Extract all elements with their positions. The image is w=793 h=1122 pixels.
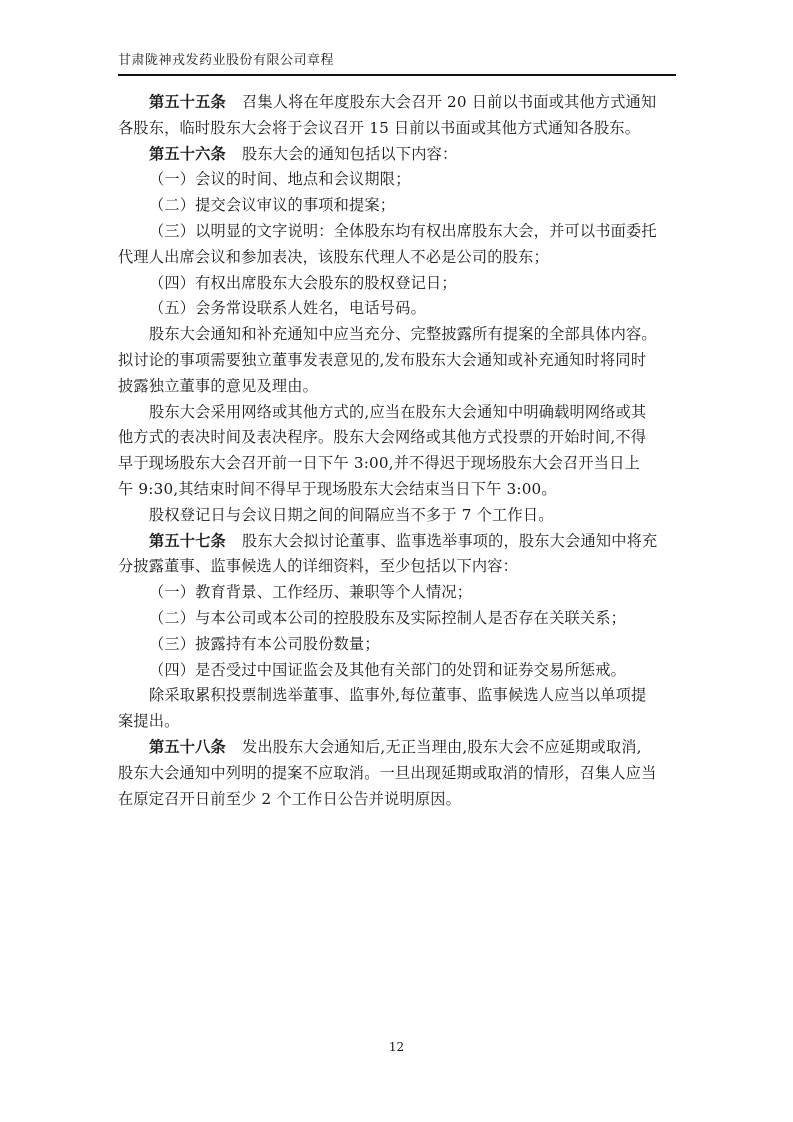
text-line: 代理人出席会议和参加表决，该股东代理人不必是公司的股东；: [118, 245, 676, 271]
text-line: （一）会议的时间、地点和会议期限；: [118, 167, 676, 193]
article-number: 第五十五条: [149, 93, 226, 111]
line-text: 股东大会的通知包括以下内容：: [242, 145, 457, 163]
text-line: 拟讨论的事项需要独立董事发表意见的,发布股东大会通知或补充通知时将同时: [118, 348, 676, 374]
line-text: 除采取累积投票制选举董事、监事外,每位董事、监事候选人应当以单项提: [149, 686, 646, 704]
line-text: （二）与本公司或本公司的控股股东及实际控制人是否存在关联关系；: [149, 609, 626, 627]
text-line: 在原定召开日前至少 2 个工作日公告并说明原因。: [118, 787, 676, 813]
line-text: （五）会务常设联系人姓名，电话号码。: [149, 299, 426, 317]
line-text: 股东大会拟讨论董事、监事选举事项的，股东大会通知中将充: [242, 532, 657, 550]
article-heading-line: 第五十七条股东大会拟讨论董事、监事选举事项的，股东大会通知中将充: [118, 529, 676, 555]
line-text: 在原定召开日前至少 2 个工作日公告并说明原因。: [118, 790, 461, 808]
line-text: （二）提交会议审议的事项和提案；: [149, 196, 395, 214]
line-text: 股东大会通知中列明的提案不应取消。一旦出现延期或取消的情形，召集人应当: [118, 764, 657, 782]
text-line: 各股东，临时股东大会将于会议召开 15 日前以书面或其他方式通知各股东。: [118, 116, 676, 142]
line-text: 他方式的表决时间及表决程序。股东大会网络或其他方式投票的开始时间,不得: [118, 428, 646, 446]
line-text: 股权登记日与会议日期之间的间隔应当不多于 7 个工作日。: [149, 506, 554, 524]
text-line: 早于现场股东大会召开前一日下午 3:00,并不得迟于现场股东大会召开当日上: [118, 451, 676, 477]
line-text: 召集人将在年度股东大会召开 20 日前以书面或其他方式通知: [242, 93, 656, 111]
line-text: 分披露董事、监事候选人的详细资料，至少包括以下内容：: [118, 557, 518, 575]
text-line: （四）有权出席股东大会股东的股权登记日；: [118, 271, 676, 297]
document-title: 甘肃陇神戎发药业股份有限公司章程: [118, 52, 676, 74]
text-line: 股权登记日与会议日期之间的间隔应当不多于 7 个工作日。: [118, 503, 676, 529]
line-text: 午 9:30,其结束时间不得早于现场股东大会结束当日下午 3:00。: [118, 480, 557, 498]
line-text: （三）以明显的文字说明：全体股东均有权出席股东大会，并可以书面委托: [149, 222, 657, 240]
text-line: （五）会务常设联系人姓名，电话号码。: [118, 296, 676, 322]
text-line: 他方式的表决时间及表决程序。股东大会网络或其他方式投票的开始时间,不得: [118, 425, 676, 451]
text-line: 股东大会采用网络或其他方式的,应当在股东大会通知中明确载明网络或其: [118, 400, 676, 426]
line-text: 股东大会通知和补充通知中应当充分、完整披露所有提案的全部具体内容。: [149, 325, 657, 343]
document-body: 第五十五条召集人将在年度股东大会召开 20 日前以书面或其他方式通知各股东，临时…: [118, 90, 676, 812]
article-heading-line: 第五十八条发出股东大会通知后,无正当理由,股东大会不应延期或取消,: [118, 735, 676, 761]
line-text: 拟讨论的事项需要独立董事发表意见的,发布股东大会通知或补充通知时将同时: [118, 351, 646, 369]
header-divider: [118, 74, 676, 76]
line-text: 案提出。: [118, 712, 180, 730]
line-text: （四）是否受过中国证监会及其他有关部门的处罚和证券交易所惩戒。: [149, 661, 626, 679]
text-line: 分披露董事、监事候选人的详细资料，至少包括以下内容：: [118, 554, 676, 580]
page-header: 甘肃陇神戎发药业股份有限公司章程: [118, 52, 676, 76]
line-text: （一）教育背景、工作经历、兼职等个人情况；: [149, 583, 472, 601]
text-line: 股东大会通知中列明的提案不应取消。一旦出现延期或取消的情形，召集人应当: [118, 761, 676, 787]
line-text: 股东大会采用网络或其他方式的,应当在股东大会通知中明确载明网络或其: [149, 403, 646, 421]
text-line: 午 9:30,其结束时间不得早于现场股东大会结束当日下午 3:00。: [118, 477, 676, 503]
line-text: 发出股东大会通知后,无正当理由,股东大会不应延期或取消,: [242, 738, 642, 756]
article-number: 第五十八条: [149, 738, 226, 756]
text-line: （三）以明显的文字说明：全体股东均有权出席股东大会，并可以书面委托: [118, 219, 676, 245]
line-text: （一）会议的时间、地点和会议期限；: [149, 170, 411, 188]
text-line: （二）提交会议审议的事项和提案；: [118, 193, 676, 219]
text-line: （三）披露持有本公司股份数量；: [118, 632, 676, 658]
article-heading-line: 第五十六条股东大会的通知包括以下内容：: [118, 142, 676, 168]
text-line: 除采取累积投票制选举董事、监事外,每位董事、监事候选人应当以单项提: [118, 683, 676, 709]
article-heading-line: 第五十五条召集人将在年度股东大会召开 20 日前以书面或其他方式通知: [118, 90, 676, 116]
line-text: （三）披露持有本公司股份数量；: [149, 635, 380, 653]
article-number: 第五十六条: [149, 145, 226, 163]
page-number: 12: [0, 1040, 793, 1054]
text-line: （一）教育背景、工作经历、兼职等个人情况；: [118, 580, 676, 606]
line-text: 代理人出席会议和参加表决，该股东代理人不必是公司的股东；: [118, 248, 549, 266]
line-text: 早于现场股东大会召开前一日下午 3:00,并不得迟于现场股东大会召开当日上: [118, 454, 640, 472]
line-text: （四）有权出席股东大会股东的股权登记日；: [149, 274, 457, 292]
line-text: 各股东，临时股东大会将于会议召开 15 日前以书面或其他方式通知各股东。: [118, 119, 640, 137]
line-text: 披露独立董事的意见及理由。: [118, 377, 318, 395]
text-line: 案提出。: [118, 709, 676, 735]
text-line: （四）是否受过中国证监会及其他有关部门的处罚和证券交易所惩戒。: [118, 658, 676, 684]
text-line: 披露独立董事的意见及理由。: [118, 374, 676, 400]
text-line: （二）与本公司或本公司的控股股东及实际控制人是否存在关联关系；: [118, 606, 676, 632]
article-number: 第五十七条: [149, 532, 226, 550]
text-line: 股东大会通知和补充通知中应当充分、完整披露所有提案的全部具体内容。: [118, 322, 676, 348]
